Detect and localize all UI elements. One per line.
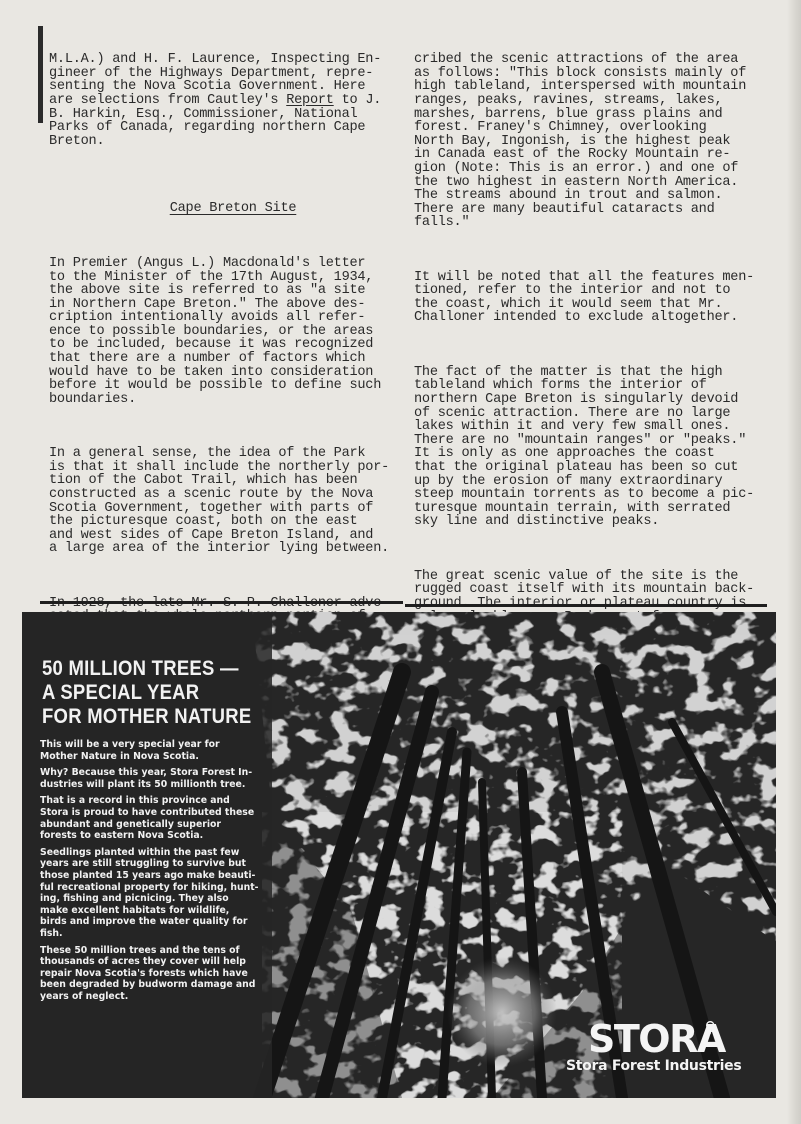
body-paragraph: It will be noted that all the features m… (414, 271, 784, 325)
ad-paragraph: That is a record in this province and St… (40, 795, 285, 841)
ad-paragraph: Why? Because this year, Stora Forest In-… (40, 767, 285, 790)
stora-logo: STORA♀ Stora Forest Industries (570, 1020, 776, 1074)
body-paragraph: cribed the scenic attractions of the are… (414, 53, 784, 230)
page-edge-shadow (787, 0, 801, 1124)
intro-paragraph: M.L.A.) and H. F. Laurence, Inspecting E… (49, 53, 399, 148)
ad-copy: 50 MILLION TREES — A SPECIAL YEAR FOR MO… (40, 656, 285, 1007)
ad-headline: 50 MILLION TREES — A SPECIAL YEAR FOR MO… (42, 656, 251, 728)
column-end-rule-left (40, 601, 403, 604)
stora-company-name: Stora Forest Industries (566, 1058, 776, 1074)
ad-paragraph: Seedlings planted within the past few ye… (40, 847, 285, 940)
body-paragraph: The fact of the matter is that the high … (414, 366, 784, 529)
body-paragraph: In Premier (Angus L.) Macdonald's letter… (49, 257, 399, 407)
intro-line: Breton. (49, 134, 104, 149)
stora-advertisement: 50 MILLION TREES — A SPECIAL YEAR FOR MO… (22, 612, 776, 1098)
body-paragraph: In a general sense, the idea of the Park… (49, 447, 399, 556)
column-end-rule-right (405, 604, 767, 607)
ad-paragraph: This will be a very special year for Mot… (40, 739, 285, 762)
intro-sidebar-bar (38, 26, 43, 123)
section-heading: Cape Breton Site (49, 202, 399, 216)
stora-symbol-icon: ♀ (705, 1018, 716, 1036)
ad-paragraph: These 50 million trees and the tens of t… (40, 945, 285, 1003)
